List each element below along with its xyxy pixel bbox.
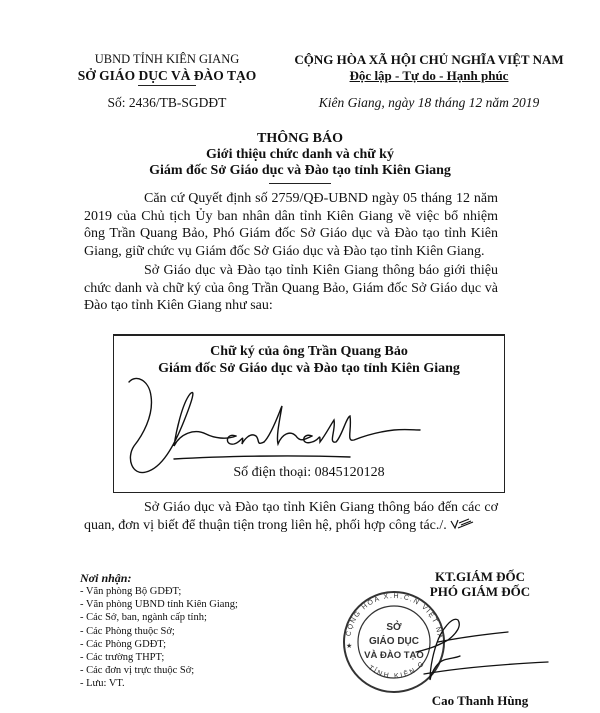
paragraph-announcement: Sở Giáo dục và Đào tạo tỉnh Kiên Giang t… [84, 262, 498, 315]
stamp-inner-line1: SỞ [386, 620, 402, 633]
recipients-heading: Nơi nhận: [80, 571, 320, 585]
document-title: THÔNG BÁO Giới thiệu chức danh và chữ ký… [100, 131, 500, 184]
recipient-item: - Văn phòng Bộ GDĐT; [80, 585, 320, 598]
recipient-item: - Lưu: VT. [80, 677, 320, 690]
national-motto: Độc lập - Tự do - Hạnh phúc [270, 68, 588, 84]
divider [269, 183, 331, 184]
title-sub2: Giám đốc Sở Giáo dục và Đào tạo tỉnh Kiê… [100, 163, 500, 179]
national-name: CỘNG HÒA XÃ HỘI CHỦ NGHĨA VIỆT NAM [270, 52, 588, 68]
recipient-item: - Các Sở, ban, ngành cấp tỉnh; [80, 611, 320, 624]
title-sub1: Giới thiệu chức danh và chữ ký [100, 147, 500, 163]
svg-text:★: ★ [346, 642, 352, 650]
national-header: CỘNG HÒA XÃ HỘI CHỦ NGHĨA VIỆT NAM Độc l… [270, 52, 588, 84]
paragraph-text: Căn cứ Quyết định số 2759/QĐ-UBND ngày 0… [84, 191, 498, 259]
signer-name: Cao Thanh Hùng [380, 693, 580, 709]
phone-number: Số điện thoại: 0845120128 [114, 465, 504, 481]
document-number: Số: 2436/TB-SGDĐT [68, 95, 266, 111]
place-and-date: Kiên Giang, ngày 18 tháng 12 năm 2019 [270, 95, 588, 111]
recipient-item: - Các trường THPT; [80, 651, 320, 664]
recipient-item: - Các đơn vị trực thuộc Sở; [80, 664, 320, 677]
official-seal-icon: CỘNG HÒA X.H.C.N VIỆT NAM TỈNH KIÊN GIAN… [338, 590, 578, 695]
recipient-item: - Các Phòng thuộc Sở; [80, 625, 320, 638]
title-main: THÔNG BÁO [100, 131, 500, 147]
paragraph-closing: Sở Giáo dục và Đào tạo tỉnh Kiên Giang t… [84, 499, 498, 534]
paragraph-decision: Căn cứ Quyết định số 2759/QĐ-UBND ngày 0… [84, 190, 498, 260]
paragraph-text: Sở Giáo dục và Đào tạo tỉnh Kiên Giang t… [84, 500, 498, 533]
divider [138, 85, 196, 86]
stamp-inner-line2: GIÁO DỤC [369, 634, 419, 647]
issuing-authority: UBND TỈNH KIÊN GIANG SỞ GIÁO DỤC VÀ ĐÀO … [68, 52, 266, 86]
initial-mark-icon [449, 517, 475, 531]
recipients-list: Nơi nhận: - Văn phòng Bộ GDĐT; - Văn phò… [80, 571, 320, 691]
province-committee: UBND TỈNH KIÊN GIANG [68, 52, 266, 67]
stamp-inner-line3: VÀ ĐÀO TẠO [364, 650, 424, 661]
signer-title-line1: KT.GIÁM ĐỐC [380, 569, 580, 584]
paragraph-text: Sở Giáo dục và Đào tạo tỉnh Kiên Giang t… [84, 263, 498, 313]
department-name: SỞ GIÁO DỤC VÀ ĐÀO TẠO [68, 67, 266, 84]
signature-specimen-box: Chữ ký của ông Trần Quang Bảo Giám đốc S… [113, 334, 505, 493]
recipient-item: - Các Phòng GDĐT; [80, 638, 320, 651]
recipient-item: - Văn phòng UBND tỉnh Kiên Giang; [80, 598, 320, 611]
